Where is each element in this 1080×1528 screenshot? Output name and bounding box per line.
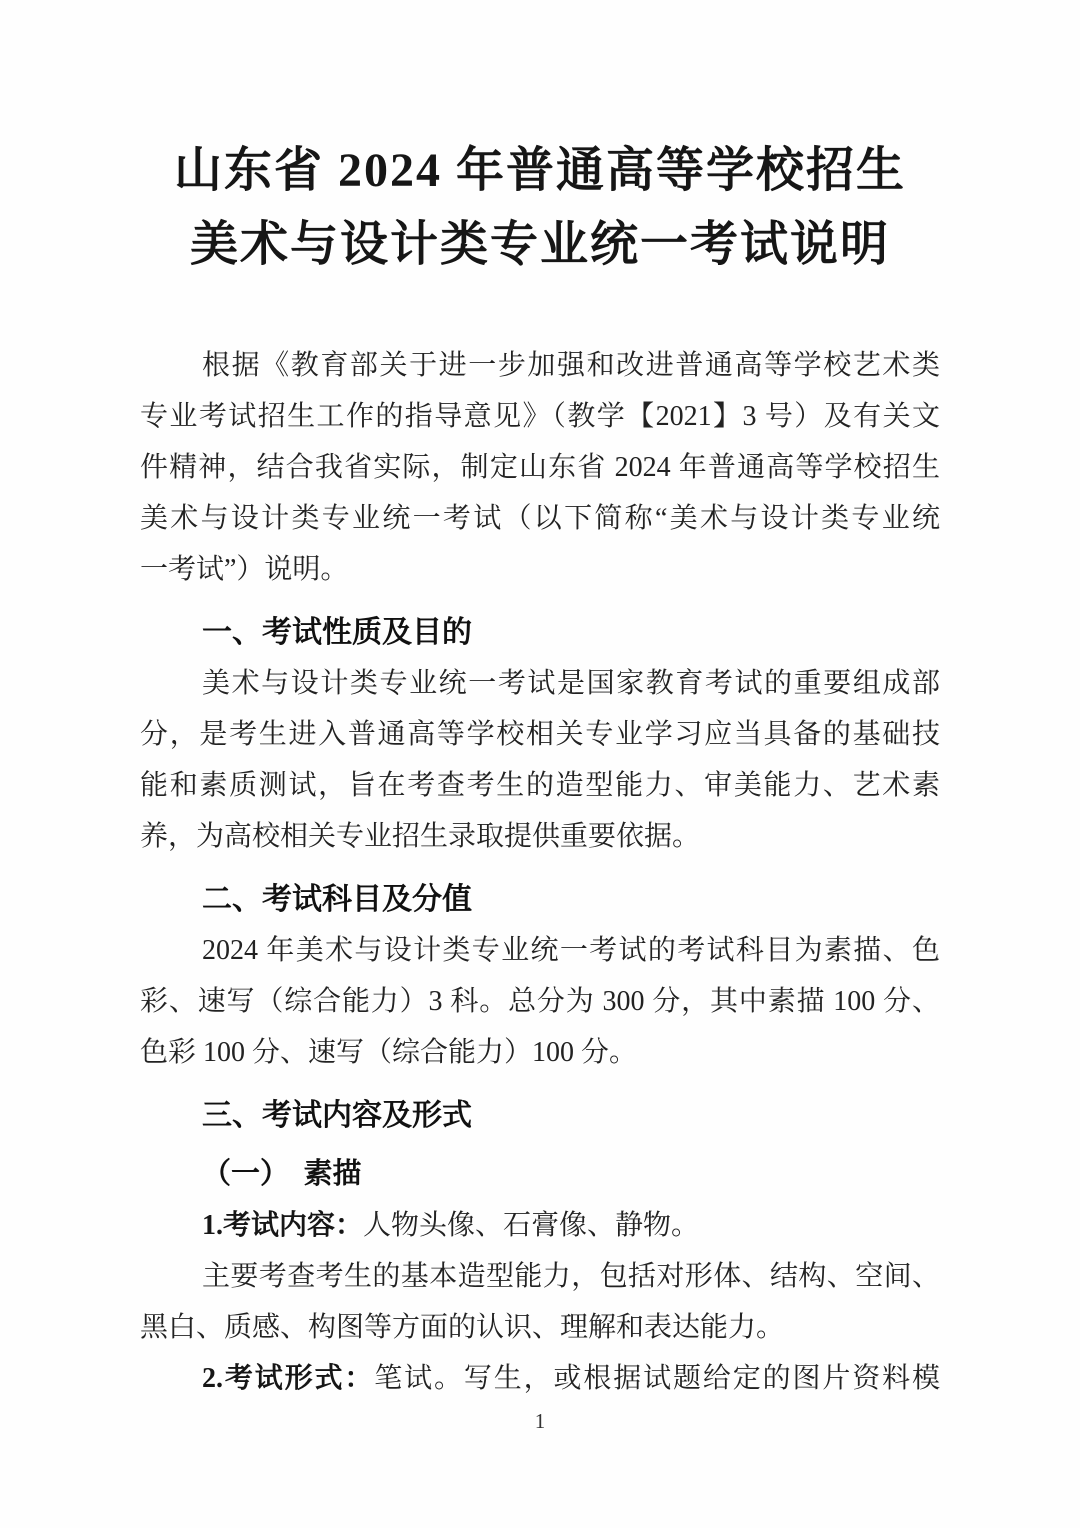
text-line: 2024 年美术与设计类专业统一考试的考试科目为素描、色 — [140, 925, 940, 976]
title-line-2: 美术与设计类专业统一考试说明 — [0, 208, 1080, 282]
sketch-content-item: 1.考试内容：人物头像、石膏像、静物。 主要考查考生的基本造型能力，包括对形体、… — [140, 1200, 940, 1404]
text-line: 美术与设计类专业统一考试是国家教育考试的重要组成部 — [140, 658, 940, 709]
text-line: 一考试”）说明。 — [140, 544, 940, 595]
text-line: 彩、速写（综合能力）3 科。总分为 300 分，其中素描 100 分、 — [140, 976, 940, 1027]
section-heading-3: 三、考试内容及形式 — [140, 1090, 940, 1141]
item-label: 1.考试内容： — [202, 1210, 363, 1241]
text-line: 养，为高校相关专业招生录取提供重要依据。 — [140, 811, 940, 862]
page-number: 1 — [0, 1408, 1080, 1434]
section2-paragraph: 2024 年美术与设计类专业统一考试的考试科目为素描、色 彩、速写（综合能力）3… — [140, 925, 940, 1078]
title-line-1: 山东省 2024 年普通高等学校招生 — [0, 134, 1080, 208]
text-line: 1.考试内容：人物头像、石膏像、静物。 — [140, 1200, 940, 1251]
item-text: 人物头像、石膏像、静物。 — [363, 1210, 699, 1241]
intro-paragraph: 根据《教育部关于进一步加强和改进普通高等学校艺术类 专业考试招生工作的指导意见》… — [140, 340, 940, 595]
text-line: 2.考试形式：笔试。写生，或根据试题给定的图片资料模 — [140, 1353, 940, 1404]
text-line: 专业考试招生工作的指导意见》（教学【2021】3 号）及有关文 — [140, 391, 940, 442]
item-text: 笔试。写生，或根据试题给定的图片资料模 — [374, 1363, 940, 1394]
document-title: 山东省 2024 年普通高等学校招生 美术与设计类专业统一考试说明 — [0, 0, 1080, 282]
text-line: 黑白、质感、构图等方面的认识、理解和表达能力。 — [140, 1302, 940, 1353]
section-heading-2: 二、考试科目及分值 — [140, 874, 940, 925]
text-line: 美术与设计类专业统一考试（以下简称“美术与设计类专业统 — [140, 493, 940, 544]
text-line: 根据《教育部关于进一步加强和改进普通高等学校艺术类 — [140, 340, 940, 391]
document-body: 根据《教育部关于进一步加强和改进普通高等学校艺术类 专业考试招生工作的指导意见》… — [140, 340, 940, 1404]
text-line: 件精神，结合我省实际，制定山东省 2024 年普通高等学校招生 — [140, 442, 940, 493]
text-line: 分，是考生进入普通高等学校相关专业学习应当具备的基础技 — [140, 709, 940, 760]
section-heading-1: 一、考试性质及目的 — [140, 607, 940, 658]
text-line: 色彩 100 分、速写（综合能力）100 分。 — [140, 1027, 940, 1078]
item-label: 2.考试形式： — [202, 1363, 374, 1394]
subsection-heading-sketch: （一） 素描 — [140, 1149, 940, 1200]
text-line: 能和素质测试，旨在考查考生的造型能力、审美能力、艺术素 — [140, 760, 940, 811]
section1-paragraph: 美术与设计类专业统一考试是国家教育考试的重要组成部 分，是考生进入普通高等学校相… — [140, 658, 940, 862]
text-line: 主要考查考生的基本造型能力，包括对形体、结构、空间、 — [140, 1251, 940, 1302]
document-page: 山东省 2024 年普通高等学校招生 美术与设计类专业统一考试说明 根据《教育部… — [0, 0, 1080, 1528]
